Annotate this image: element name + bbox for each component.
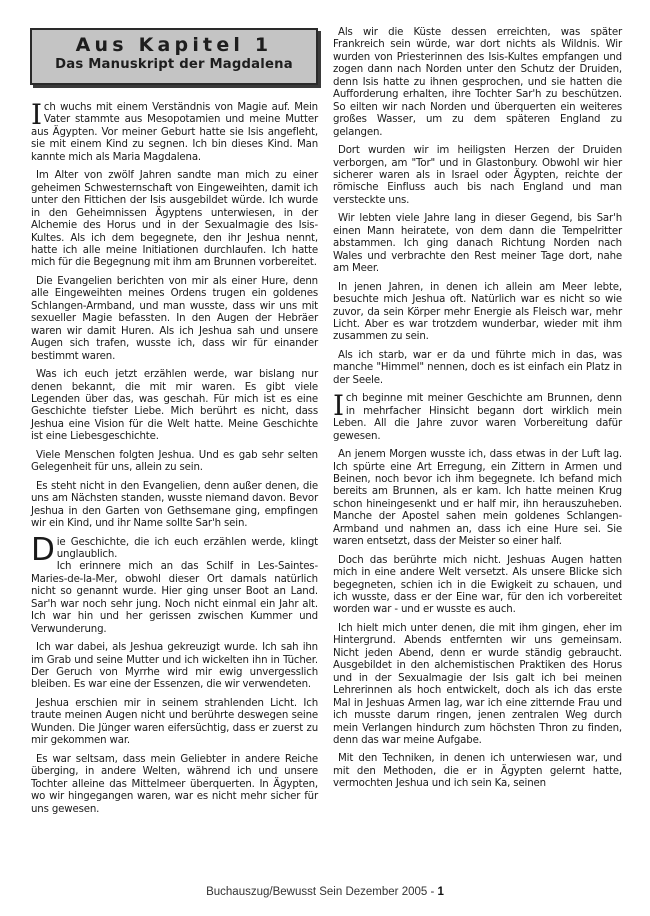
paragraph: Ich erinnere mich an das Schilf in Les-S…	[31, 561, 318, 636]
document-page: Aus Kapitel 1 Das Manuskript der Magdale…	[0, 0, 650, 916]
page-footer: Buchauszug/Bewusst Sein Dezember 2005 - …	[0, 886, 650, 898]
paragraph: Was ich euch jetzt erzählen werde, war b…	[31, 369, 318, 444]
paragraph: Die Evangelien berichten von mir als ein…	[31, 276, 318, 363]
chapter-title-box: Aus Kapitel 1 Das Manuskript der Magdale…	[30, 28, 318, 85]
paragraph: Als wir die Küste dessen erreichten, was…	[333, 27, 622, 139]
paragraph: Ich war dabei, als Jeshua gekreuzigt wur…	[31, 642, 318, 692]
paragraph-text: ch beginne mit meiner Geschichte am Brun…	[333, 393, 622, 441]
paragraph: Die Geschichte, die ich euch erzählen we…	[31, 537, 318, 562]
paragraph: Wir lebten viele Jahre lang in dieser Ge…	[333, 213, 622, 275]
paragraph: Dort wurden wir im heiligsten Herzen der…	[333, 145, 622, 207]
paragraph: Es war seltsam, dass mein Geliebter in a…	[31, 754, 318, 816]
paragraph: Als ich starb, war er da und führte mich…	[333, 350, 622, 387]
paragraph: Mit den Techniken, in denen ich unterwie…	[333, 753, 622, 790]
left-column: Ich wuchs mit einem Verständnis von Magi…	[31, 96, 318, 822]
footer-source: Buchauszug/Bewusst Sein Dezember 2005 -	[206, 886, 437, 898]
paragraph: Viele Menschen folgten Jeshua. Und es ga…	[31, 450, 318, 475]
chapter-title: Aus Kapitel 1	[32, 34, 316, 56]
drop-cap: D	[31, 538, 55, 562]
right-column: Als wir die Küste dessen erreichten, was…	[333, 27, 622, 797]
drop-cap: I	[333, 395, 344, 417]
chapter-subtitle: Das Manuskript der Magdalena	[32, 56, 316, 74]
paragraph: In jenen Jahren, in denen ich allein am …	[333, 282, 622, 344]
paragraph: An jenem Morgen wusste ich, dass etwas i…	[333, 449, 622, 549]
paragraph: Ich wuchs mit einem Verständnis von Magi…	[31, 102, 318, 164]
paragraph: Ich beginne mit meiner Geschichte am Bru…	[333, 393, 622, 443]
paragraph: Jeshua erschien mir in seinem strahlende…	[31, 698, 318, 748]
paragraph-text: ch wuchs mit einem Verständnis von Magie…	[31, 102, 318, 163]
paragraph-text: ie Geschichte, die ich euch erzählen wer…	[57, 537, 318, 560]
page-number: 1	[438, 886, 444, 898]
paragraph: Ich hielt mich unter denen, die mit ihm …	[333, 623, 622, 748]
paragraph: Doch das berührte mich nicht. Jeshuas Au…	[333, 555, 622, 617]
paragraph: Im Alter von zwölf Jahren sandte man mic…	[31, 170, 318, 270]
paragraph: Es steht nicht in den Evangelien, denn a…	[31, 481, 318, 531]
drop-cap: I	[31, 104, 42, 126]
